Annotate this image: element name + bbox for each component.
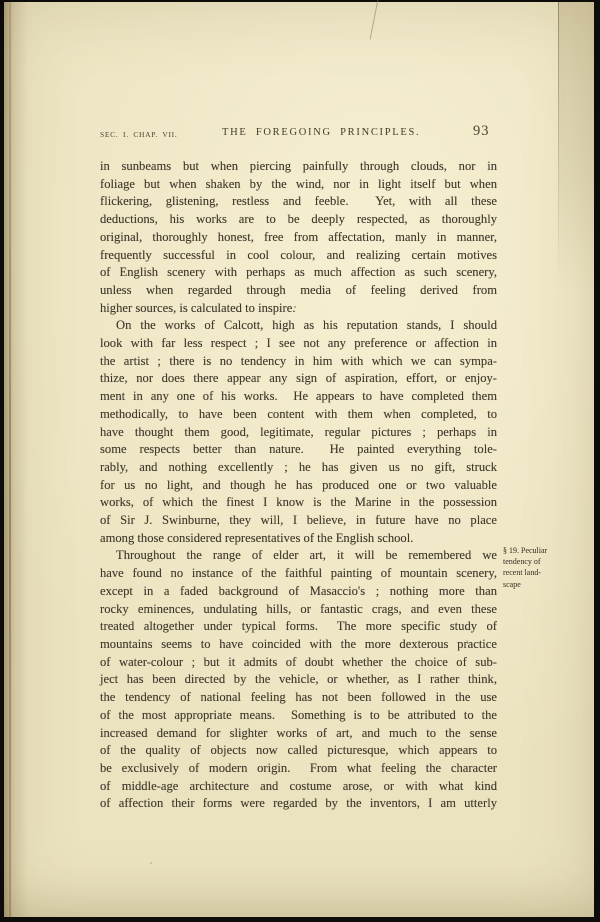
marginal-note-line: § 19. Peculiar [503,545,565,556]
text-line: the tendency of national feeling has not… [100,689,497,707]
text-line: among those considered representatives o… [100,530,497,548]
text-line: have thought them good, legitimate, regu… [100,424,497,442]
text-line: treated altogether under typical forms. … [100,618,497,636]
page-fore-edge-shade [559,2,594,292]
text-line: deductions, his works are to be deeply r… [100,211,497,229]
text-line: of Sir J. Swinburne, they will, I believ… [100,512,497,530]
text-line: of water-colour ; but it admits of doubt… [100,654,497,672]
text-line: in sunbeams but when piercing painfully … [100,158,497,176]
paper-speck [150,862,152,864]
text-line: ment in any one of his works. He appears… [100,388,497,406]
marginal-note-line: scape [503,579,565,590]
text-line: of middle-age architecture and costume a… [100,778,497,796]
running-head-title: THE FOREGOING PRINCIPLES. [222,127,420,138]
text-line: rocky eminences, undulating hills, or fa… [100,601,497,619]
page-fore-edge-line [558,2,559,284]
text-line: frequently successful in cool colour, an… [100,247,497,265]
text-line: of the quality of objects now called pic… [100,742,497,760]
text-line: ject has been directed by the vehicle, o… [100,671,497,689]
text-line: Throughout the range of elder art, it wi… [100,547,497,565]
text-line: original, thoroughly honest, free from a… [100,229,497,247]
text-line: mountains seems to have coincided with t… [100,636,497,654]
text-line: works, of which the finest I know is the… [100,494,497,512]
text-line: be exclusively of modern origin. From wh… [100,760,497,778]
text-line: higher sources, is calculated to inspire… [100,300,497,318]
text-line: look with far less respect ; I see not a… [100,335,497,353]
text-line: foliage but when shaken by the wind, nor… [100,176,497,194]
text-line: flickering, glistening, restless and fee… [100,193,497,211]
text-line: increased demand for slighter works of a… [100,725,497,743]
text-line: thize, nor does there appear any sign of… [100,370,497,388]
text-line: rably, and nothing excellently ; he has … [100,459,497,477]
text-line: of English scenery with perhaps as much … [100,264,497,282]
text-line: the artist ; there is no tendency in him… [100,353,497,371]
marginal-note: § 19. Peculiartendency ofrecent land-sca… [503,545,565,590]
text-line: some respects better than nature. He pai… [100,441,497,459]
text-line: except in a faded background of Masaccio… [100,583,497,601]
marginal-note-line: tendency of [503,556,565,567]
text-line: On the works of Calcott, high as his rep… [100,317,497,335]
text-line: of affection their forms were regarded b… [100,795,497,813]
scanned-book-page: { "colors": { "paper": "#ebe2bf", "ink":… [0,0,600,922]
text-line: have found no instance of the faithful p… [100,565,497,583]
chapter-section-label: SEC. I. CHAP. VII. [100,130,177,139]
marginal-note-line: recent land- [503,567,565,578]
body-text: in sunbeams but when piercing painfully … [100,158,497,813]
text-line: unless when regarded through media of fe… [100,282,497,300]
text-line: of the most appropriate means. Something… [100,707,497,725]
binding-gutter-crease [9,2,11,917]
text-line: methodically, to have been content with … [100,406,497,424]
text-line: for us no light, and though he has produ… [100,477,497,495]
page-number: 93 [473,123,490,140]
